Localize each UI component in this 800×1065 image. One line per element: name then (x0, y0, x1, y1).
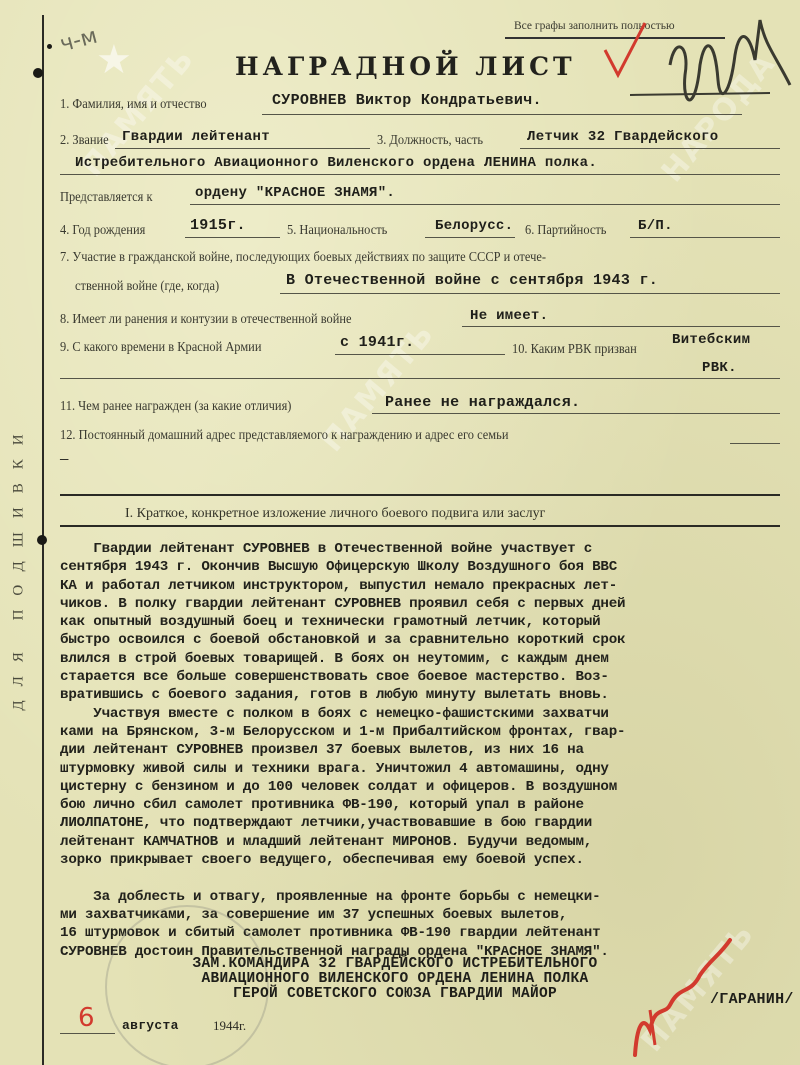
narrative-line: вратившись с боевого задания, готов в лю… (60, 686, 800, 704)
field-underline (372, 413, 780, 414)
punch-hole (33, 68, 43, 78)
field-underline (115, 148, 370, 149)
narrative-line (60, 869, 800, 887)
field-underline (60, 378, 780, 379)
signatory-name: /ГАРАНИН/ (710, 991, 794, 1008)
section-divider (60, 494, 780, 496)
narrative-line: цистерну с бензином и до 100 человек сол… (60, 778, 800, 796)
narrative-line: ЛИОЛПАТОНЕ, что подтверждают летчики,уча… (60, 814, 800, 832)
narrative-line: зорко прикрывает своего ведущего, обеспе… (60, 851, 800, 869)
punch-hole (37, 535, 47, 545)
date-day: 6 (78, 1003, 95, 1033)
field-2-value: Гвардии лейтенант (122, 129, 270, 145)
date-year: 1944г. (213, 1018, 246, 1034)
field-12-label: 12. Постоянный домашний адрес представля… (60, 427, 508, 443)
narrative-line: старается все больше совершенствовать св… (60, 668, 800, 686)
field-1-label: 1. Фамилия, имя и отчество (60, 96, 207, 112)
field-4-label: 4. Год рождения (60, 222, 145, 238)
field-underline (462, 326, 780, 327)
narrative-line: как опытный воздушный боец и технически … (60, 613, 800, 631)
field-9-value: с 1941г. (340, 334, 414, 351)
red-check-icon (605, 23, 645, 75)
narrative-line: сентября 1943 г. Окончив Высшую Офицерск… (60, 558, 800, 576)
field-12-value: — (60, 452, 69, 468)
field-3-value: Летчик 32 Гвардейского (527, 129, 718, 145)
narrative-line: быстро освоился с боевой обстановкой и з… (60, 631, 800, 649)
approval-signature-icon (600, 5, 800, 135)
binding-margin-label: ДЛЯ ПОДШИВКИ (4, 395, 34, 735)
field-5-label: 5. Национальность (287, 222, 387, 238)
field-underline (630, 237, 780, 238)
narrative-line: лейтенант КАМЧАТНОВ и младший лейтенант … (60, 833, 800, 851)
field-9-label: 9. С какого времени в Красной Армии (60, 339, 261, 355)
field-7-value: В Отечественной войне с сентября 1943 г. (286, 272, 658, 289)
field-underline (60, 174, 780, 175)
field-10-value: Витебским (672, 332, 750, 348)
field-2-label: 2. Звание (60, 132, 109, 148)
field-underline (190, 204, 780, 205)
narrative-line: бою лично сбил самолет противника ФВ-190… (60, 796, 800, 814)
field-underline (730, 443, 780, 444)
merit-narrative: Гвардии лейтенант СУРОВНЕВ в Отечественн… (60, 540, 800, 961)
section-divider (60, 525, 780, 527)
field-10-value-continued: РВК. (702, 360, 737, 376)
field-8-label: 8. Имеет ли ранения и контузии в отечест… (60, 311, 352, 327)
field-underline (280, 293, 780, 294)
punch-hole (47, 44, 52, 49)
signatory-line: ГЕРОЙ СОВЕТСКОГО СОЮЗА ГВАРДИИ МАЙОР (170, 987, 620, 1002)
field-11-label: 11. Чем ранее награжден (за какие отличи… (60, 398, 291, 414)
star-icon: ★ (96, 36, 132, 83)
archive-pencil-mark: ч-м (57, 24, 100, 58)
narrative-line: Гвардии лейтенант СУРОВНЕВ в Отечественн… (60, 540, 800, 558)
field-8-value: Не имеет. (470, 308, 548, 324)
narrative-line: ками на Брянском, 3-м Белорусском и 1-м … (60, 723, 800, 741)
field-underline (425, 237, 515, 238)
narrative-line: влился в строй боевых товарищей. В боях … (60, 650, 800, 668)
nominated-value: ордену "КРАСНОЕ ЗНАМЯ". (195, 185, 395, 201)
field-3-value-continued: Истребительного Авиационного Виленского … (75, 155, 597, 171)
narrative-line: За доблесть и отвагу, проявленные на фро… (60, 888, 800, 906)
signatory-line: АВИАЦИОННОГО ВИЛЕНСКОГО ОРДЕНА ЛЕНИНА ПО… (170, 972, 620, 987)
field-6-label: 6. Партийность (525, 222, 606, 238)
narrative-line: чиков. В полку гвардии лейтенант СУРОВНЕ… (60, 595, 800, 613)
field-underline (262, 114, 742, 115)
section-heading: I. Краткое, конкретное изложение личного… (125, 506, 545, 522)
date-month: августа (122, 1018, 179, 1033)
field-5-value: Белорусс. (435, 218, 513, 234)
field-4-value: 1915г. (190, 217, 246, 234)
signatory-block: ЗАМ.КОМАНДИРА 32 ГВАРДЕЙСКОГО ИСТРЕБИТЕЛ… (170, 957, 620, 1002)
narrative-line: КА и работал летчиком инструктором, выпу… (60, 577, 800, 595)
field-7-label: 7. Участие в гражданской войне, последую… (60, 249, 546, 265)
field-11-value: Ранее не награждался. (385, 394, 580, 411)
date-underline (60, 1033, 115, 1034)
narrative-line: штурмовку живой силы и техники врага. Ун… (60, 760, 800, 778)
field-underline (520, 148, 780, 149)
page-title: НАГРАДНОЙ ЛИСТ (235, 52, 576, 81)
field-underline (185, 237, 280, 238)
narrative-line: Участвуя вместе с полком в боях с немецк… (60, 705, 800, 723)
narrative-line: дии лейтенант СУРОВНЕВ произвел 37 боевы… (60, 741, 800, 759)
field-7-label-continued: ственной войне (где, когда) (75, 278, 219, 294)
signatory-line: ЗАМ.КОМАНДИРА 32 ГВАРДЕЙСКОГО ИСТРЕБИТЕЛ… (170, 957, 620, 972)
field-6-value: Б/П. (638, 218, 673, 234)
field-underline (335, 354, 505, 355)
field-1-value: СУРОВНЕВ Виктор Кондратьевич. (272, 92, 542, 109)
field-3-label: 3. Должность, часть (377, 132, 483, 148)
nominated-label: Представляется к (60, 189, 153, 205)
field-10-label: 10. Каким РВК призван (512, 341, 637, 357)
